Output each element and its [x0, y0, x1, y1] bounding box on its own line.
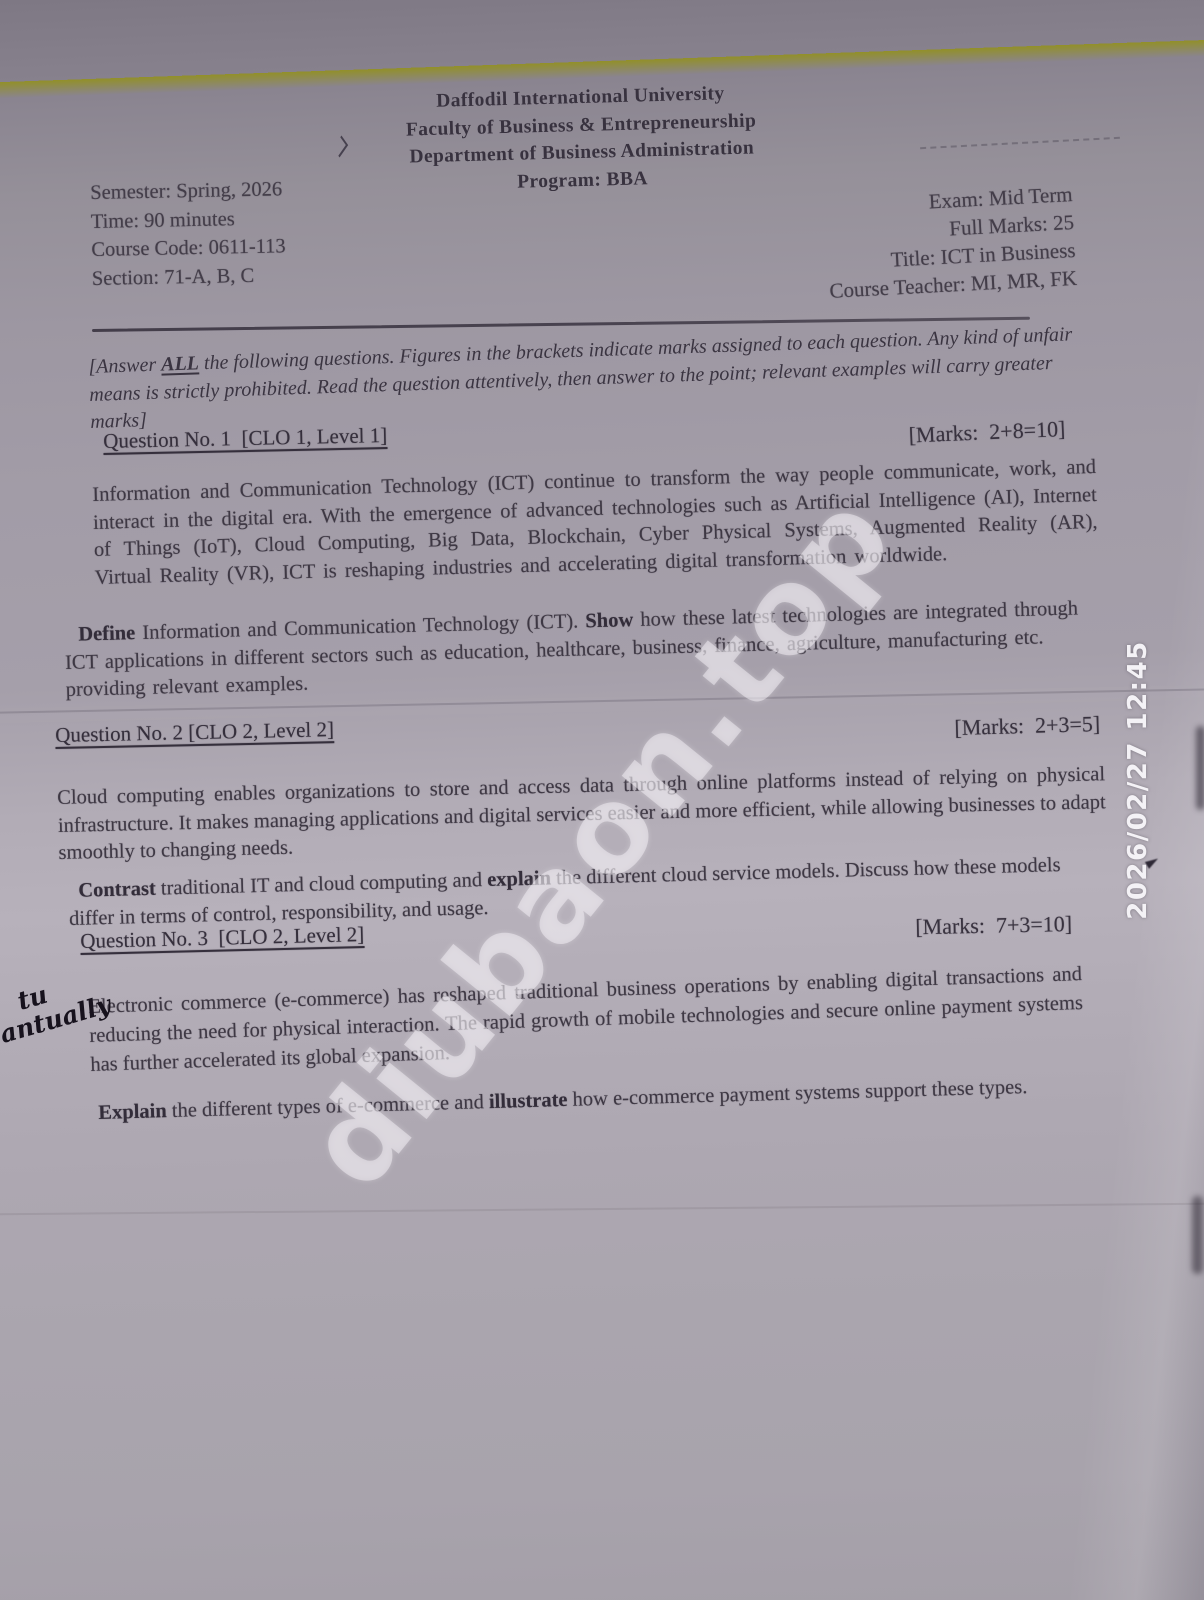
photo-timestamp: 2026/02/27 12:45: [1123, 640, 1153, 920]
edge-smudge-bottom: [1192, 1196, 1203, 1274]
question-3-task: Explain the different types of e-commerc…: [98, 1072, 1080, 1127]
question-2-task-text-1: traditional IT and cloud computing and: [155, 869, 487, 900]
question-2-marks: [Marks: 2+3=5]: [954, 711, 1100, 741]
question-3-verb-illustrate: illustrate: [489, 1088, 568, 1112]
exam-paper-photo: Daffodil International University Facult…: [0, 0, 1204, 1600]
time-label: Time: 90 minutes: [91, 204, 286, 236]
instruction-all-emphasis: ALL: [161, 352, 199, 375]
question-1-heading: Question No. 1 [CLO 1, Level 1]: [103, 423, 388, 454]
question-1-task: Define Information and Communication Tec…: [64, 594, 1114, 704]
general-instructions: [Answer ALL the following questions. Fig…: [88, 321, 1094, 437]
question-1-body: Information and Communication Technology…: [92, 453, 1099, 591]
question-3-task-text-2: how e-commerce payment systems support t…: [567, 1076, 1027, 1111]
question-1-verb-show: Show: [585, 609, 633, 632]
section-label: Section: 71-A, B, C: [92, 261, 287, 293]
question-3-marks: [Marks: 7+3=10]: [915, 911, 1072, 940]
exam-meta-right: Exam: Mid Term Full Marks: 25 Title: ICT…: [825, 180, 1078, 305]
document-header: Daffodil International University Facult…: [320, 77, 843, 201]
instruction-suffix: the following questions. Figures in the …: [89, 323, 1073, 433]
paper-crease-bottom: [0, 1203, 1204, 1215]
question-2-heading: Question No. 2 [CLO 2, Level 2]: [55, 717, 334, 748]
semester-label: Semester: Spring, 2026: [90, 175, 285, 207]
question-1-task-text-1: Information and Communication Technology…: [135, 610, 586, 644]
question-1-marks: [Marks: 2+8=10]: [908, 416, 1066, 449]
question-1-verb-define: Define: [78, 622, 135, 645]
exam-meta-left: Semester: Spring, 2026 Time: 90 minutes …: [90, 175, 287, 293]
course-code-label: Course Code: 0611-113: [91, 232, 286, 264]
question-2-verb-contrast: Contrast: [78, 877, 156, 901]
stray-dash-mark: [920, 137, 1120, 149]
question-3-verb-explain: Explain: [98, 1100, 167, 1124]
edge-smudge-top: [1196, 726, 1204, 810]
instruction-prefix: [Answer: [88, 354, 161, 378]
question-3-body: Electronic commerce (e-commerce) has res…: [88, 960, 1084, 1080]
